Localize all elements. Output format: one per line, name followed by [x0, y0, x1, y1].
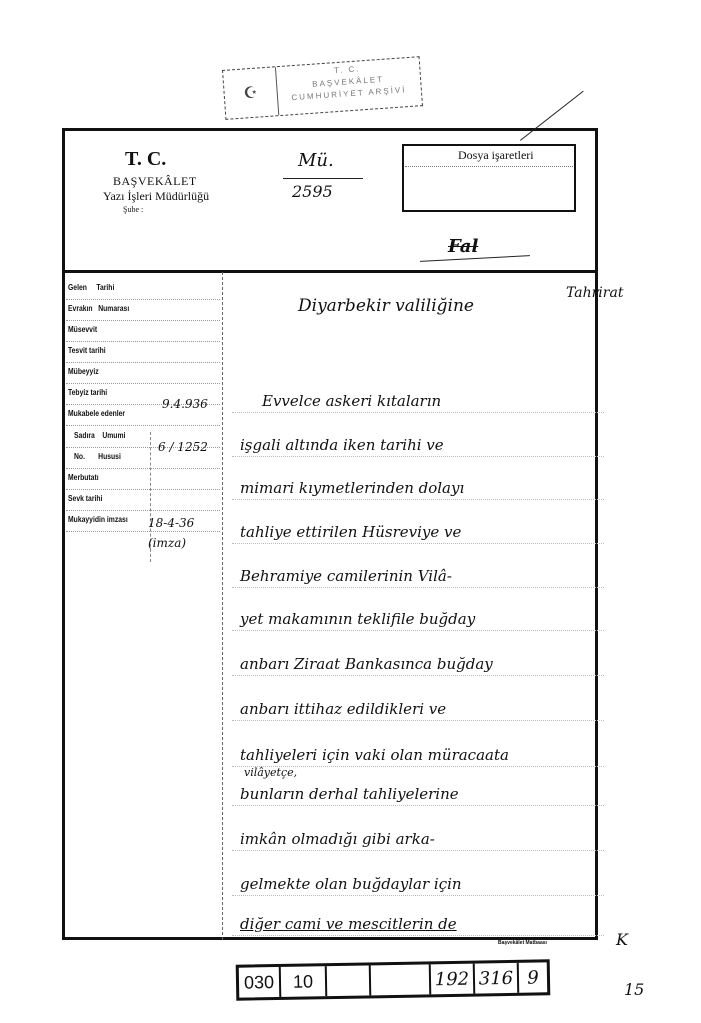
field-value: 18-4-36	[148, 516, 194, 530]
body-line: imkân olmadığı gibi arka-	[240, 830, 435, 848]
printer-imprint: Başvekâlet Matbaası	[498, 940, 547, 946]
document-number: 2595	[292, 182, 333, 201]
body-rule	[232, 935, 604, 936]
field-value: 9.4.936	[162, 397, 208, 411]
code-cell: 10	[281, 966, 328, 997]
body-line: yet makamının teklifile buğday	[240, 610, 475, 628]
body-line: diğer cami ve mescitlerin de	[240, 915, 457, 933]
field-label: Merbutatı	[68, 473, 99, 482]
field-label: No. Hususi	[74, 452, 121, 461]
crescent-star-icon: ☪	[223, 67, 279, 119]
body-rule	[232, 805, 604, 806]
body-rule	[232, 850, 604, 851]
body-rule	[232, 587, 604, 588]
field-label: Sadıra Umumi	[74, 431, 125, 440]
body-line: anbarı ittihaz edildikleri ve	[240, 700, 446, 718]
header-divider	[62, 270, 598, 273]
field-label: Evrakın Numarası	[68, 304, 129, 313]
body-rule	[232, 499, 604, 500]
addressee: Diyarbekir valiliğine	[298, 296, 474, 316]
body-line: işgali altında iken tarihi ve	[240, 436, 444, 454]
field-label: Mukayyidin imzası	[68, 515, 128, 524]
field-label: Müsevvit	[68, 325, 97, 334]
field-rule	[66, 489, 220, 490]
body-line: vilâyetçe,	[244, 766, 297, 779]
field-label: Mukabele edenler	[68, 409, 125, 418]
archive-code-box: 030 10 192 316 9	[236, 959, 551, 1000]
body-rule	[232, 675, 604, 676]
margin-note: Tahrirat	[566, 285, 623, 301]
paraf-signature: Fal	[448, 236, 478, 257]
field-value: 6 / 1252	[158, 440, 208, 454]
stamp-text: T. C. BAŞVEKÂLET CUMHURİYET ARŞİVİ	[279, 60, 417, 105]
file-marks-label: Dosya işaretleri	[458, 148, 534, 163]
body-rule	[232, 630, 604, 631]
body-rule	[232, 720, 604, 721]
code-cell	[327, 965, 372, 996]
section-label: Şube :	[123, 205, 143, 214]
field-rule	[66, 299, 220, 300]
page-number: 15	[624, 980, 644, 999]
field-label: Mübeyyiz	[68, 367, 99, 376]
body-rule	[232, 895, 604, 896]
code-cell: 192	[431, 964, 476, 995]
field-rule	[66, 468, 220, 469]
body-line: bunların derhal tahliyelerine	[240, 785, 459, 803]
code-cell: 030	[239, 967, 282, 998]
field-label: Tesvit tarihi	[68, 346, 106, 355]
body-line: mimari kıymetlerinden dolayı	[240, 479, 464, 497]
body-rule	[232, 412, 604, 413]
column-divider	[222, 272, 223, 940]
number-divider	[283, 178, 363, 179]
department-title: Yazı İşleri Müdürlüğü	[103, 189, 209, 204]
body-line: Behramiye camilerinin Vilâ-	[240, 567, 452, 585]
code-cell: 9	[519, 962, 548, 992]
body-line: Evvelce askeri kıtaların	[262, 392, 441, 410]
code-cell: 316	[475, 963, 520, 994]
field-value: (imza)	[148, 536, 186, 550]
number-prefix: Mü.	[298, 150, 334, 171]
archive-stamp: ☪ T. C. BAŞVEKÂLET CUMHURİYET ARŞİVİ	[222, 56, 423, 120]
code-cell	[371, 964, 432, 995]
field-label: Gelen Tarihi	[68, 283, 114, 292]
body-line: tahliyeleri için vaki olan müracaata	[240, 746, 509, 764]
body-line: anbarı Ziraat Bankasınca buğday	[240, 655, 493, 673]
side-mark: K	[616, 930, 628, 949]
field-rule	[66, 383, 220, 384]
body-rule	[232, 543, 604, 544]
body-line: tahliye ettirilen Hüsreviye ve	[240, 523, 461, 541]
body-line: gelmekte olan buğdaylar için	[240, 875, 462, 893]
ministry-title: BAŞVEKÂLET	[113, 174, 197, 189]
field-rule	[66, 531, 220, 532]
field-rule	[66, 362, 220, 363]
field-rule	[66, 320, 220, 321]
field-label: Sevk tarihi	[68, 494, 102, 503]
body-rule	[232, 456, 604, 457]
field-rule	[66, 510, 220, 511]
field-rule	[66, 425, 220, 426]
state-title: T. C.	[125, 148, 166, 171]
field-label: Tebyiz tarihi	[68, 388, 107, 397]
field-rule	[66, 341, 220, 342]
file-marks-dotline	[405, 166, 573, 167]
